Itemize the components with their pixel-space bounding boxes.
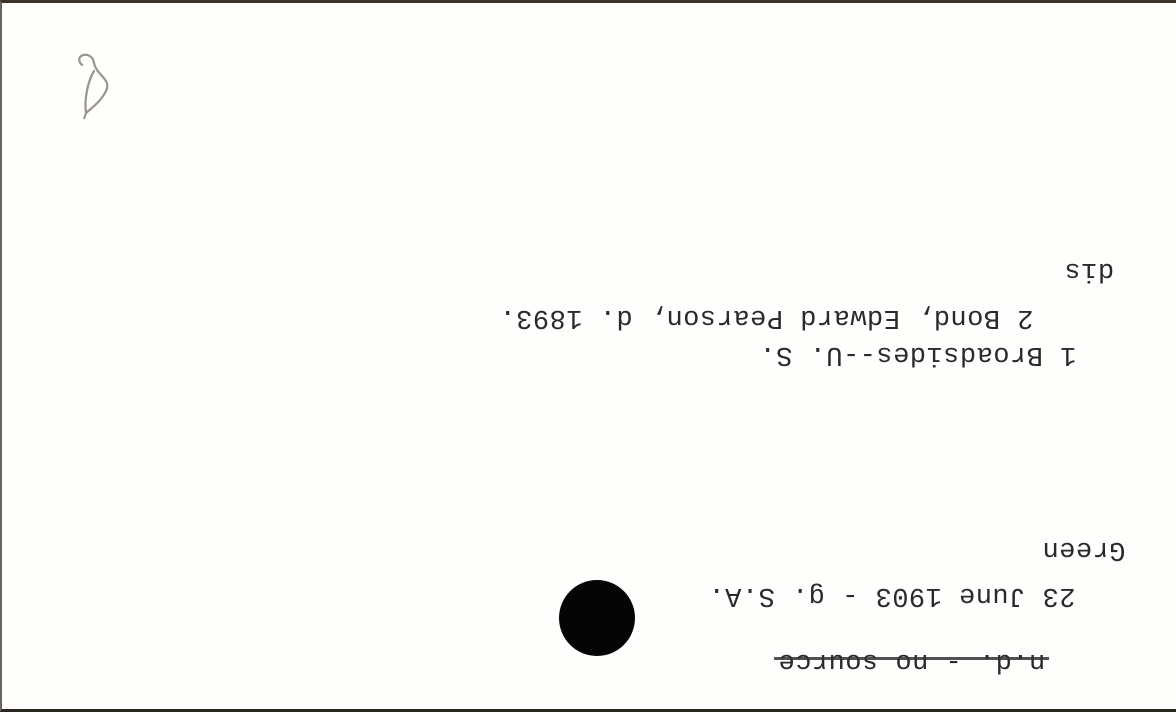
- struck-text: n.d. - no source: [778, 647, 1045, 674]
- pencil-mark-8-icon: [64, 51, 124, 131]
- tracing-1-subject: 1 Broadsides--U. S.: [759, 340, 1076, 367]
- donor-name: Green: [1042, 535, 1126, 562]
- punch-hole: [559, 580, 635, 656]
- catalog-card: dis 2 Bond, Edward Pearson, d. 1893. 1 B…: [0, 0, 1176, 712]
- struck-entry: n.d. - no source: [778, 620, 1112, 701]
- tracing-2-author: 2 Bond, Edward Pearson, d. 1893.: [499, 303, 1033, 330]
- accession-date: 23 June 1903 - g. S.A.: [708, 581, 1075, 608]
- tracing-continuation: dis: [1064, 256, 1114, 283]
